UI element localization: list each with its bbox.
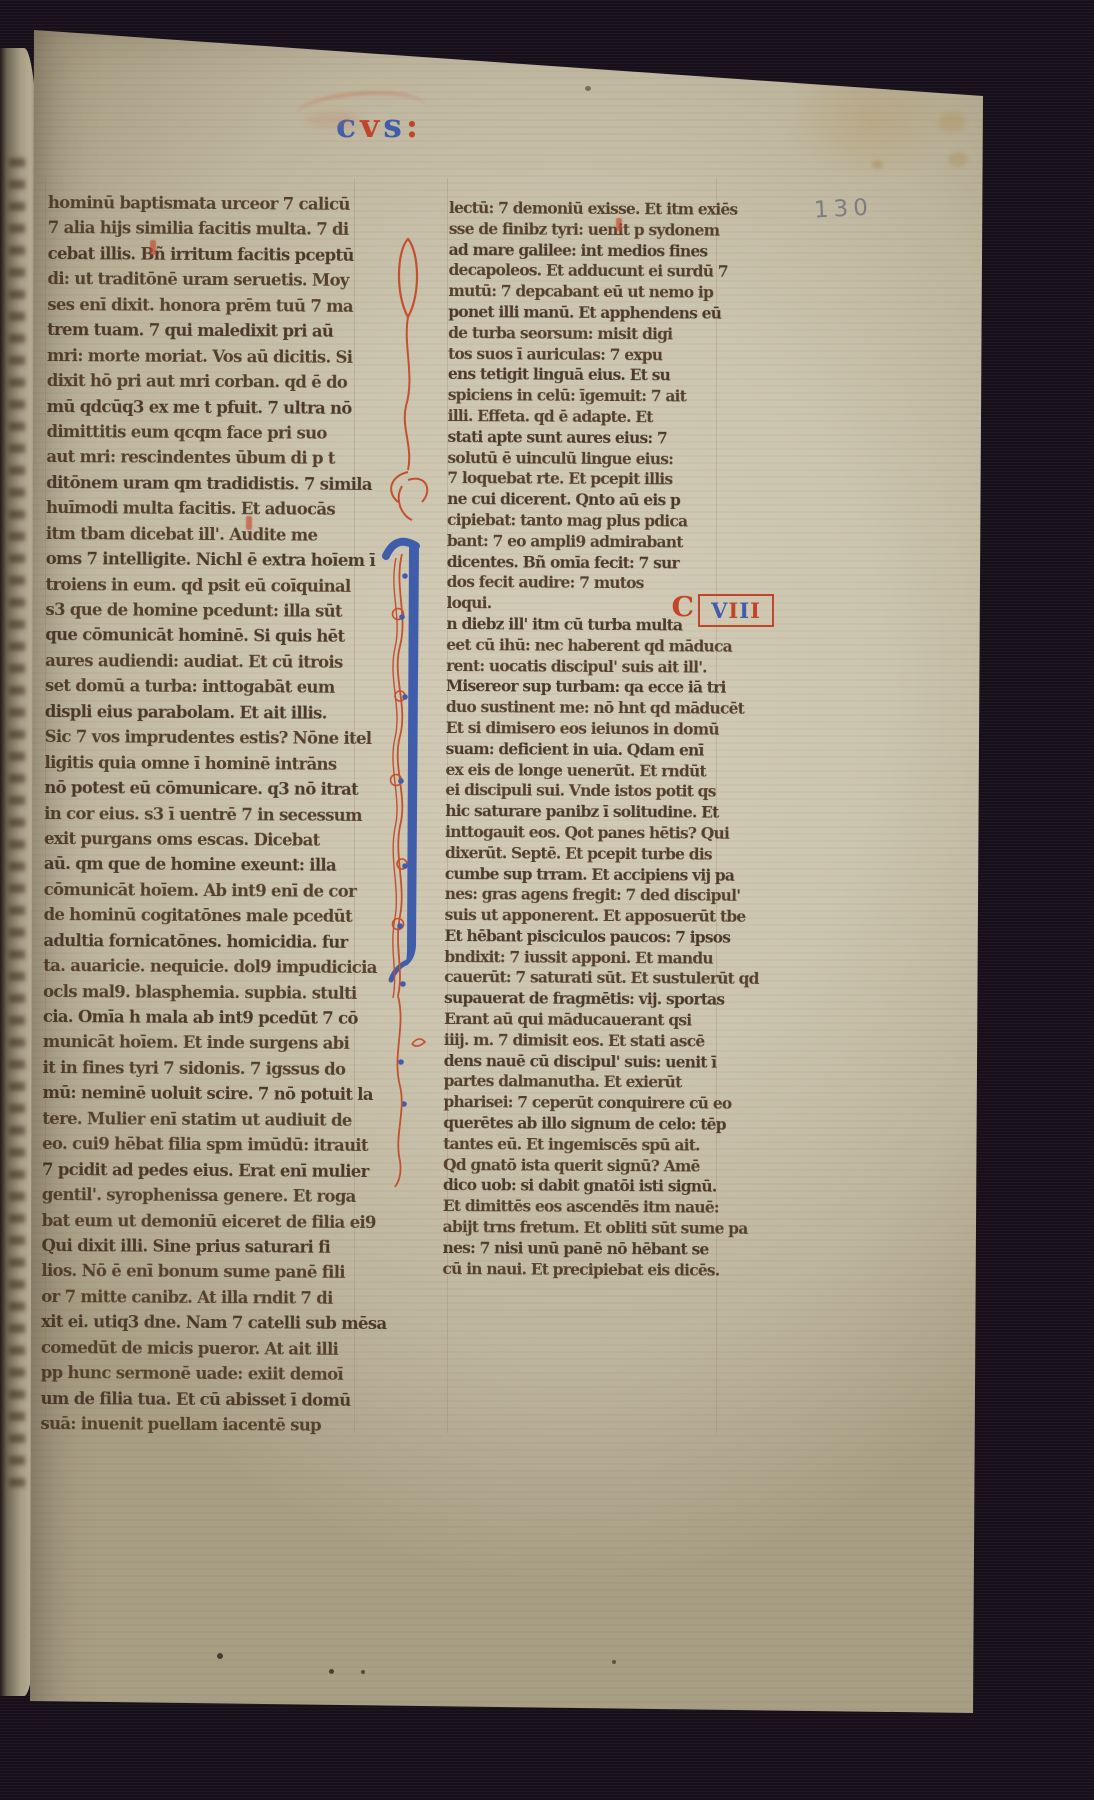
- text-line: aū. qm que de homine exeunt: illa: [44, 851, 356, 878]
- text-line: Et hēbant pisciculos paucos: 7 ipsos: [444, 926, 714, 948]
- text-line: 7 loquebat rte. Et pcepit illis: [447, 468, 717, 490]
- text-line: mū qdcūq3 ex me t pfuit. 7 ultra nō: [47, 393, 359, 420]
- folio-number: 130: [813, 194, 873, 223]
- text-line: set domū a turba: inttogabāt eum: [45, 673, 357, 700]
- text-line: mutū: 7 depcabant eū ut nemo ip: [448, 281, 718, 303]
- text-line: nes: gras agens fregit: 7 ded discipul': [445, 884, 715, 906]
- text-line: itm tbam dicebat ill'. Audite me: [46, 521, 358, 548]
- text-line: de hominū cogitatōnes male pcedūt: [43, 902, 355, 929]
- text-line: aures audiendi: audiat. Et cū itrois: [45, 648, 357, 675]
- decorated-initial-I: [378, 224, 442, 1194]
- text-line: hominū baptismata urceor 7 calicū: [48, 190, 360, 217]
- text-line: ses enī dixit. honora prēm tuū 7 ma: [47, 292, 359, 319]
- text-line: ditōnem uram qm tradidistis. 7 simila: [46, 470, 358, 497]
- text-line: municāt hoīem. Et inde surgens abi: [43, 1029, 355, 1056]
- rubric-touch: [150, 240, 156, 255]
- text-line: pharisei: 7 ceperūt conquirere cū eo: [443, 1092, 713, 1114]
- text-line: de turba seorsum: misit digi: [448, 323, 718, 345]
- text-line: Et dimittēs eos ascendēs itm nauē:: [443, 1196, 713, 1218]
- chapter-numeral-letter: V: [711, 598, 728, 623]
- parchment-stain: [872, 160, 883, 169]
- text-line: 7 alia hijs similia facitis multa. 7 di: [48, 215, 360, 242]
- text-line: tantes eū. Et ingemiscēs spū ait.: [443, 1134, 713, 1156]
- running-title-letter: s: [383, 106, 406, 145]
- ink-speck: [217, 1653, 223, 1659]
- text-line: ligitis quia omne ī hominē intrāns: [44, 750, 356, 777]
- manuscript-photo: cvs: 130 hominū baptismata urceor 7 cali…: [0, 0, 1094, 1800]
- text-line: tos suos ī auriculas: 7 expu: [448, 344, 718, 366]
- text-line: spiciens in celū: īgemuit: 7 ait: [448, 385, 718, 407]
- text-line: displi eius parabolam. Et ait illis.: [45, 699, 357, 726]
- text-line: cipiebat: tanto mag plus pdica: [447, 510, 717, 532]
- text-line: gentil'. syrophenissa genere. Et roga: [42, 1182, 354, 1209]
- text-line: nes: 7 nisi unū panē nō hēbant se: [443, 1238, 713, 1260]
- ink-speck: [329, 1669, 334, 1674]
- ink-speck: [585, 86, 591, 91]
- text-line: stati apte sunt aures eius: 7: [447, 427, 717, 449]
- text-line: decapoleos. Et adducunt ei surdū 7: [448, 260, 718, 282]
- text-line: troiens in eum. qd psit eū coīquinal: [46, 572, 358, 599]
- text-line: s3 que de homine pcedunt: illa sūt: [45, 597, 357, 624]
- text-line: bat eum ut demoniū eiceret de filia ei9: [42, 1207, 354, 1234]
- chapter-numeral-letter: I: [728, 598, 739, 623]
- text-line: eo. cui9 hēbat filia spm imūdū: itrauit: [42, 1131, 354, 1158]
- text-line: suā: inuenit puellam iacentē sup: [40, 1411, 352, 1438]
- chapter-numeral-letter: I: [750, 598, 761, 623]
- text-line: xit ei. utiq3 dne. Nam 7 catelli sub mēs…: [41, 1309, 353, 1336]
- text-line: illi. Effeta. qd ē adapte. Et: [448, 406, 718, 428]
- text-line: nō potest eū cōmunicare. q3 nō itrat: [44, 775, 356, 802]
- rubric-touch: [246, 516, 252, 530]
- text-line: bndixit: 7 iussit apponi. Et mandu: [444, 947, 714, 969]
- text-line: eet cū ihū: nec haberent qd māduca: [446, 635, 716, 657]
- text-line: solutū ē uinculū lingue eius:: [447, 448, 717, 470]
- text-column-left: hominū baptismata urceor 7 calicū7 alia …: [40, 190, 360, 1438]
- text-line: abijt trns fretum. Et obliti sūt sume pa: [443, 1217, 713, 1239]
- text-line: ens tetigit linguā eius. Et su: [448, 364, 718, 386]
- chapter-numeral-letter: I: [739, 598, 750, 623]
- text-line: dico uob: si dabit gnatōi isti signū.: [443, 1175, 713, 1197]
- text-line: cia. Omīa h mala ab int9 pcedūt 7 cō: [43, 1004, 355, 1031]
- chapter-number-VIII: VIII: [698, 594, 774, 627]
- running-title-letter: c: [336, 106, 360, 145]
- text-line: dicentes. Bñ omīa fecit: 7 sur: [447, 552, 717, 574]
- text-line: cebat illis. Bñ irritum facitis pceptū: [48, 241, 360, 268]
- text-line: ex eis de longe uenerūt. Et rndūt: [445, 760, 715, 782]
- text-line: hic saturare panibz ī solitudine. Et: [445, 801, 715, 823]
- text-line: cauerūt: 7 saturati sūt. Et sustulerūt q…: [444, 967, 714, 989]
- facing-page-blurred-text: [9, 158, 25, 1488]
- text-line: dens nauē cū discipul' suis: uenit ī: [444, 1051, 714, 1073]
- text-line: dimittitis eum qcqm face pri suo: [46, 419, 358, 446]
- text-line: tere. Mulier enī statim ut audiuit de: [42, 1106, 354, 1133]
- text-line: Sic 7 vos imprudentes estis? Nōne itel: [45, 724, 357, 751]
- rubric-touch: [616, 218, 622, 231]
- text-column-right: lectū: 7 demoniū exisse. Et itm exiēssse…: [442, 198, 719, 1281]
- parchment-stain: [938, 112, 966, 132]
- text-line: aut mri: rescindentes ūbum di p t: [46, 444, 358, 471]
- text-line: que cōmunicāt hominē. Si quis hēt: [45, 622, 357, 649]
- ink-speck: [361, 1670, 365, 1674]
- ink-speck: [612, 1660, 616, 1664]
- text-line: or 7 mitte canibz. At illa rndit 7 di: [41, 1284, 353, 1311]
- text-line: Et si dimisero eos ieiunos in domū: [446, 718, 716, 740]
- text-line: ta. auaricie. nequicie. dol9 impudicicia: [43, 953, 355, 980]
- text-line: inttogauit eos. Qot panes hētis? Qui: [445, 822, 715, 844]
- text-line: suis ut apponerent. Et apposuerūt tbe: [445, 905, 715, 927]
- text-line: Qui dixit illi. Sine prius saturari fi: [41, 1233, 353, 1260]
- text-line: lios. Nō ē enī bonum sume panē fili: [41, 1258, 353, 1285]
- text-line: sse de finibz tyri: uenit p sydonem: [449, 219, 719, 241]
- text-line: ponet illi manū. Et apphendens eū: [448, 302, 718, 324]
- chapter-paraph-mark: C: [671, 592, 694, 623]
- text-line: supauerat de fragmētis: vij. sportas: [444, 988, 714, 1010]
- text-line: bant: 7 eo ampli9 admirabant: [447, 531, 717, 553]
- text-line: oms 7 intelligite. Nichl ē extra hoīem ī: [46, 546, 358, 573]
- text-line: pp hunc sermonē uade: exiit demoī: [41, 1360, 353, 1387]
- text-line: partes dalmanutha. Et exierūt: [444, 1071, 714, 1093]
- parchment-page: cvs: 130 hominū baptismata urceor 7 cali…: [0, 0, 1094, 1800]
- text-line: ne cui dicerent. Qnto aū eis p: [447, 489, 717, 511]
- text-line: um de filia tua. Et cū abisset ī domū: [41, 1386, 353, 1413]
- text-line: suam: deficient in uia. Qdam enī: [446, 739, 716, 761]
- text-line: duo sustinent me: nō hnt qd māducēt: [446, 697, 716, 719]
- text-line: lectū: 7 demoniū exisse. Et itm exiēs: [449, 198, 719, 220]
- text-line: ei discipuli sui. Vnde istos potit qs: [445, 780, 715, 802]
- text-line: 7 pcidit ad pedes eius. Erat enī mulier: [42, 1157, 354, 1184]
- parchment-stain: [948, 152, 968, 167]
- text-line: cū in naui. Et precipiebat eis dicēs.: [442, 1259, 712, 1281]
- text-line: comedūt de micis pueror. At ait illi: [41, 1335, 353, 1362]
- text-line: mū: neminē uoluit scire. 7 nō potuit la: [42, 1080, 354, 1107]
- text-line: Erant aū qui māducauerant qsi: [444, 1009, 714, 1031]
- text-line: dixerūt. Septē. Et pcepit turbe dis: [445, 843, 715, 865]
- text-line: Misereor sup turbam: qa ecce iā tri: [446, 676, 716, 698]
- text-line: huīmodi multa facitis. Et aduocās: [46, 495, 358, 522]
- running-title-letter: v: [360, 106, 383, 145]
- text-line: it in fines tyri 7 sidonis. 7 igssus do: [43, 1055, 355, 1082]
- text-line: di: ut traditōnē uram seruetis. Moy: [47, 266, 359, 293]
- text-line: Qd gnatō ista querit signū? Amē: [443, 1155, 713, 1177]
- text-line: querētes ab illo signum de celo: tēp: [443, 1113, 713, 1135]
- text-line: adultia fornicatōnes. homicidia. fur: [43, 928, 355, 955]
- text-line: in cor eius. s3 ī uentrē 7 in secessum: [44, 800, 356, 827]
- text-line: ad mare galilee: int medios fines: [449, 240, 719, 262]
- text-line: iiij. m. 7 dimisit eos. Et stati ascē: [444, 1030, 714, 1052]
- text-line: cōmunicāt hoīem. Ab int9 enī de cor: [44, 877, 356, 904]
- text-line: ocls mal9. blasphemia. supbia. stulti: [43, 979, 355, 1006]
- text-line: exit purgans oms escas. Dicebat: [44, 826, 356, 853]
- text-line: rent: uocatis discipul' suis ait ill'.: [446, 656, 716, 678]
- text-line: trem tuam. 7 qui maledixit pri aū: [47, 317, 359, 344]
- text-line: cumbe sup trram. Et accipiens vij pa: [445, 863, 715, 885]
- text-line: dixit hō pri aut mri corban. qd ē do: [47, 368, 359, 395]
- running-title-letter: :: [406, 106, 422, 145]
- running-title: cvs:: [336, 106, 422, 145]
- text-line: mri: morte moriat. Vos aū dicitis. Si: [47, 343, 359, 370]
